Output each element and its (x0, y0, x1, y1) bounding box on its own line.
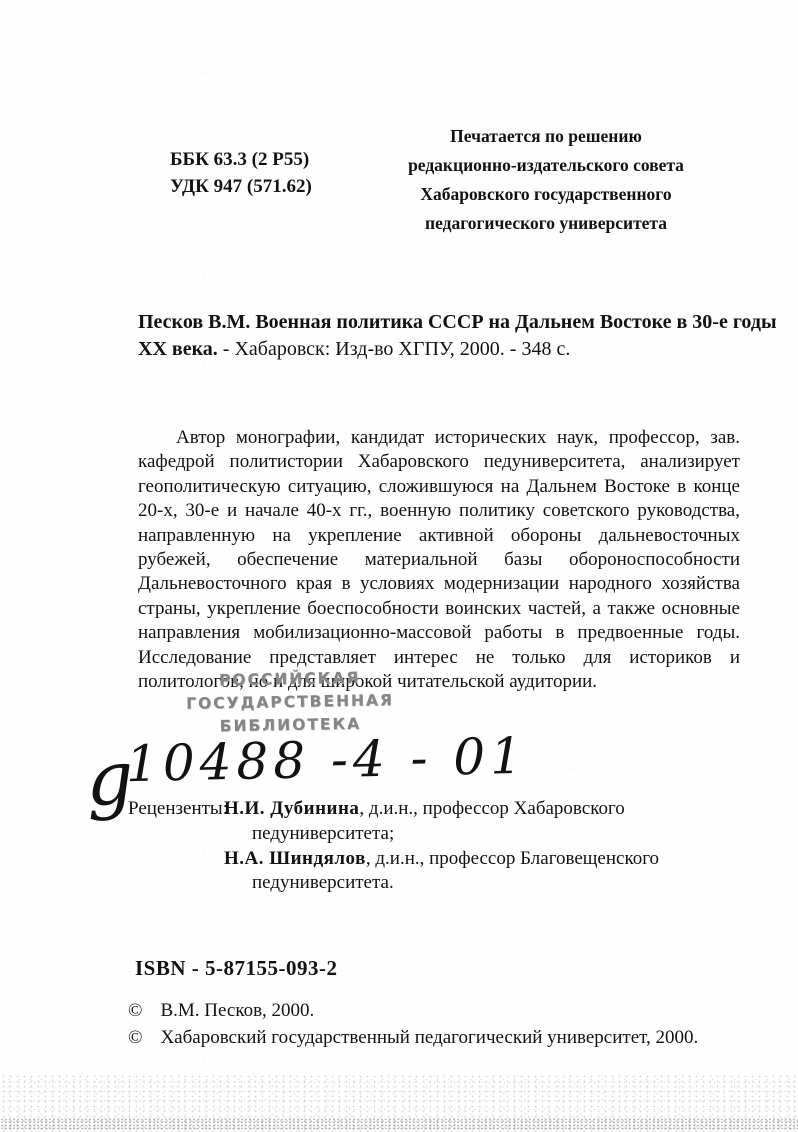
scan-noise-bottom-edge (0, 1118, 798, 1130)
isbn: ISBN - 5-87155-093-2 (135, 956, 338, 981)
handwritten-inventory-number: 10488 -4 - 01 (125, 726, 527, 794)
annotation-paragraph: Автор монографии, кандидат исторических … (138, 426, 740, 694)
publishing-resolution: Печатается по решению редакционно-издате… (388, 122, 704, 238)
scan-noise-bottom-band (0, 1074, 798, 1132)
reviewer-2-name: Н.А. Шиндялов (224, 848, 366, 869)
reviewer-1-credentials: , д.и.н., профессор Хабаровского (359, 798, 624, 819)
copyright-author-text: В.М. Песков, 2000. (160, 1000, 314, 1022)
reviewer-1-name: Н.И. Дубинина (224, 798, 359, 819)
bbk-code: ББК 63.3 (2 Р55) (170, 146, 312, 173)
udk-code: УДК 947 (571.62) (170, 173, 312, 200)
reviewer-2-line1: Н.А. Шиндялов, д.и.н., профессор Благове… (224, 847, 659, 871)
scanned-book-imprint-page: ББК 63.3 (2 Р55) УДК 947 (571.62) Печата… (0, 0, 798, 1132)
bibliographic-citation: Песков В.М. Военная политика СССР на Дал… (138, 309, 778, 363)
copyright-author-row: © В.М. Песков, 2000. (128, 1000, 314, 1022)
citation-line1: Песков В.М. Военная политика СССР на Дал… (138, 309, 778, 336)
reviewer-1-line2: педуниверситета; (252, 822, 394, 846)
citation-line2: XX века. - Хабаровск: Изд-во ХГПУ, 2000.… (138, 336, 778, 363)
reviewer-1-line1: Н.И. Дубинина, д.и.н., профессор Хабаров… (224, 797, 625, 821)
resolution-line: педагогического университета (388, 209, 704, 238)
resolution-line: Печатается по решению (388, 122, 704, 151)
copyright-publisher-text: Хабаровский государственный педагогическ… (160, 1027, 698, 1049)
stamp-line: ГОСУДАРСТВЕННАЯ (186, 689, 394, 716)
reviewer-2-line2: педуниверситета. (252, 871, 394, 895)
reviewer-2-credentials: , д.и.н., профессор Благовещенского (366, 848, 659, 869)
citation-title-end: XX века. (138, 338, 218, 360)
library-stamp: РОССИЙСКАЯ ГОСУДАРСТВЕННАЯ БИБЛИОТЕКА (185, 666, 394, 739)
classification-codes: ББК 63.3 (2 Р55) УДК 947 (571.62) (170, 146, 312, 200)
citation-imprint: - Хабаровск: Изд-во ХГПУ, 2000. - 348 с. (218, 338, 571, 360)
copyright-icon: © (128, 1000, 142, 1022)
copyright-publisher-row: © Хабаровский государственный педагогиче… (128, 1027, 698, 1049)
resolution-line: Хабаровского государственного (388, 180, 704, 209)
reviewers-label: Рецензенты: (128, 797, 228, 821)
resolution-line: редакционно-издательского совета (388, 151, 704, 180)
copyright-icon: © (128, 1027, 142, 1049)
